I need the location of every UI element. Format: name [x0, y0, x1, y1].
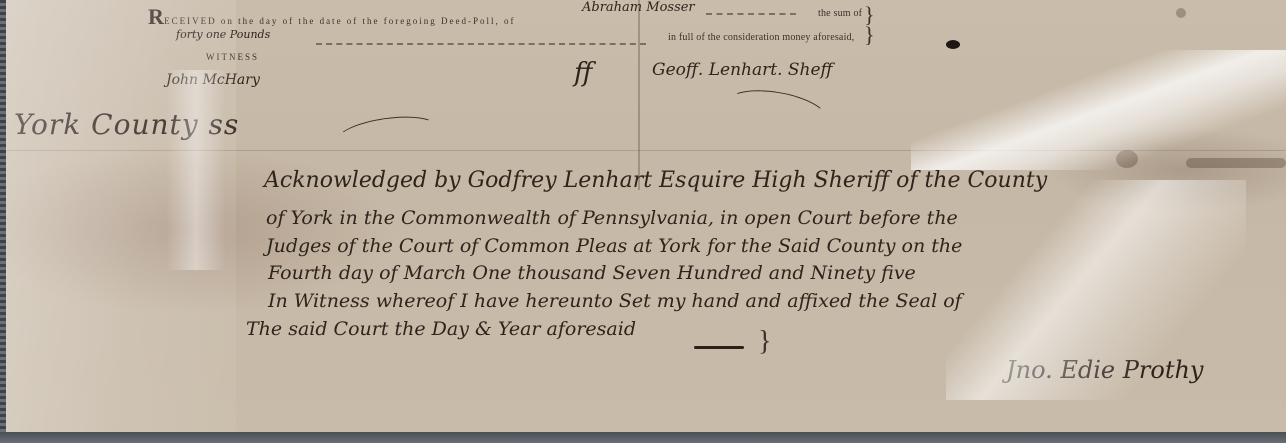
receipt-printed-line-1: RECEIVED on the day of the date of the f… [148, 4, 516, 30]
dash-fill-line-2 [316, 43, 646, 46]
prothonotary-signature: Jno. Edie Prothy [1006, 356, 1203, 384]
sleeve-glare-upper-right [911, 50, 1286, 170]
receipt-amount: forty one Pounds [176, 28, 270, 41]
receipt-payer-name: Abraham Mosser [582, 0, 695, 15]
ack-line-1: Acknowledged by Godfrey Lenhart Esquire … [264, 168, 1047, 193]
stain-streak [1186, 158, 1286, 168]
ack-line-6: The said Court the Day & Year aforesaid [246, 318, 636, 340]
witness-signature: John McHary [166, 72, 260, 88]
ack-end-brace: } [758, 326, 771, 358]
signature-flourish [723, 83, 830, 138]
receipt-printed-text: ECEIVED on the day of the date of the fo… [164, 16, 515, 26]
frame-bottom-edge [0, 432, 1286, 443]
fold-crease-vertical [638, 0, 640, 190]
ack-end-underline [694, 346, 744, 349]
ack-line-4: Fourth day of March One thousand Seven H… [268, 262, 916, 284]
stain-dot [1176, 8, 1186, 18]
fold-crease-horizontal [6, 150, 1286, 151]
receipt-brace-2: } [864, 22, 875, 48]
document-paper: RECEIVED on the day of the date of the f… [6, 0, 1286, 432]
ack-line-3: Judges of the Court of Common Pleas at Y… [266, 235, 962, 257]
ink-blot [946, 40, 960, 49]
sleeve-glare-strip [166, 70, 226, 270]
stain-spot [1116, 150, 1138, 168]
sleeve-glare-left [6, 0, 236, 432]
ack-line-2: of York in the Commonwealth of Pennsylva… [266, 207, 958, 229]
receipt-sum-of-label: the sum of [818, 8, 862, 19]
receipt-dropcap: R [148, 4, 164, 29]
witness-label: WITNESS [206, 52, 259, 62]
county-heading: York County ss [14, 108, 239, 141]
sheriff-signature: Geoff. Lenhart. Sheff [652, 60, 833, 80]
ack-line-5: In Witness whereof I have hereunto Set m… [268, 290, 962, 312]
receipt-consideration-line: in full of the consideration money afore… [668, 32, 854, 43]
dash-fill-line [706, 13, 796, 16]
sheriff-mark: ff [574, 58, 592, 88]
